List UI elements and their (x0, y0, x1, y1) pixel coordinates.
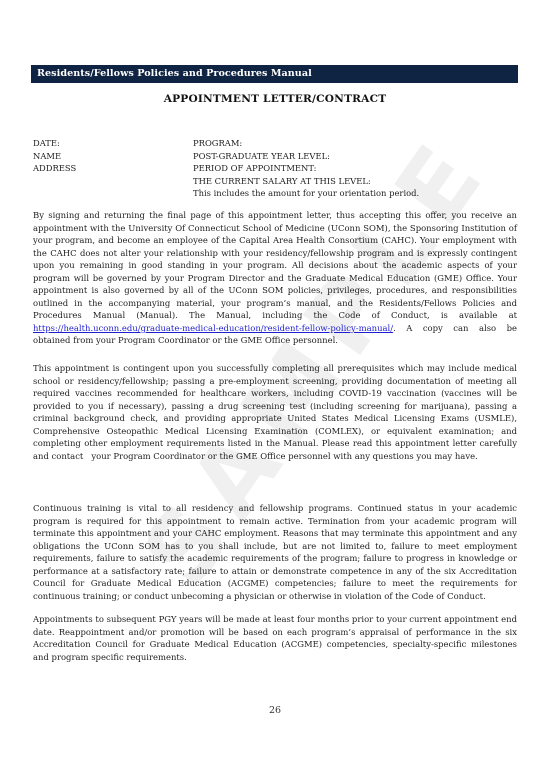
paragraph-reappointment: Appointments to subsequent PGY years wil… (33, 613, 517, 663)
paragraph-prerequisites: This appointment is contingent upon you … (33, 362, 517, 462)
info-left-column: DATE: NAME ADDRESS (33, 137, 173, 175)
paragraph-text: By signing and returning the final page … (33, 210, 517, 320)
policy-manual-link[interactable]: https://health.uconn.edu/graduate-medica… (33, 323, 393, 333)
info-right-column: PROGRAM: POST-GRADUATE YEAR LEVEL: PERIO… (193, 137, 523, 200)
paragraph-appointment-terms: By signing and returning the final page … (33, 209, 517, 347)
manual-header-bar: Residents/Fellows Policies and Procedure… (31, 65, 518, 83)
address-label: ADDRESS (33, 162, 173, 175)
salary-label: THE CURRENT SALARY AT THIS LEVEL: (193, 175, 523, 188)
pgy-level-label: POST-GRADUATE YEAR LEVEL: (193, 150, 523, 163)
name-label: NAME (33, 150, 173, 163)
paragraph-continuous-training: Continuous training is vital to all resi… (33, 502, 517, 602)
program-label: PROGRAM: (193, 137, 523, 150)
appointment-period-label: PERIOD OF APPOINTMENT: (193, 162, 523, 175)
date-label: DATE: (33, 137, 173, 150)
document-page: SAMPLE Residents/Fellows Policies and Pr… (0, 0, 550, 777)
page-title: APPOINTMENT LETTER/CONTRACT (0, 93, 550, 105)
salary-note: This includes the amount for your orient… (193, 187, 523, 200)
page-number: 26 (0, 705, 550, 716)
